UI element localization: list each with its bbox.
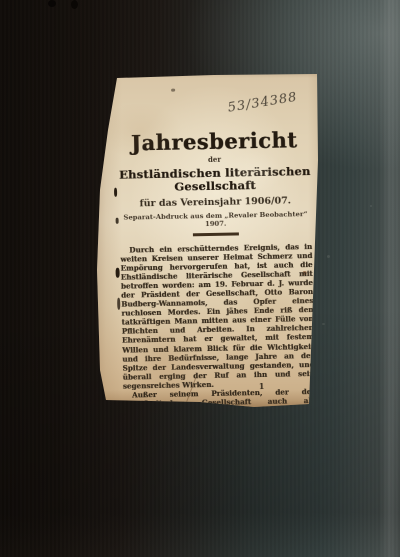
vereinsjahr-line: für das Vereinsjahr 1906/07.: [119, 195, 311, 210]
body-paragraph-1: Durch ein erschütterndes Ereignis, das i…: [120, 242, 315, 391]
page-number: 1: [259, 381, 265, 391]
page-content: 53/34388 Jahresbericht der Ehstländische…: [91, 68, 327, 410]
ink-speck: [116, 218, 119, 224]
title-divider: [193, 232, 239, 235]
dust-speck: [327, 255, 330, 258]
dust-speck: [322, 323, 325, 325]
ink-speck: [114, 188, 117, 197]
society-name: Ehstländischen literärischen Gesellschaf…: [119, 165, 311, 195]
dust-speck: [48, 0, 56, 7]
imprint-line: Separat-Abdruck aus dem „Revaler Beobach…: [119, 210, 311, 230]
ink-speck: [117, 298, 120, 310]
title-block: Jahresbericht der Ehstländischen literär…: [118, 128, 315, 409]
handwritten-inventory-number: 53/34388: [227, 87, 318, 116]
ink-speck: [171, 89, 175, 92]
booklet-page: 53/34388 Jahresbericht der Ehstländische…: [94, 70, 324, 408]
dust-speck: [370, 205, 372, 207]
ink-speck: [116, 268, 120, 278]
page-title: Jahresbericht: [118, 128, 310, 156]
dust-speck: [71, 0, 78, 9]
body-text: Durch ein erschütterndes Ereignis, das i…: [120, 242, 315, 410]
